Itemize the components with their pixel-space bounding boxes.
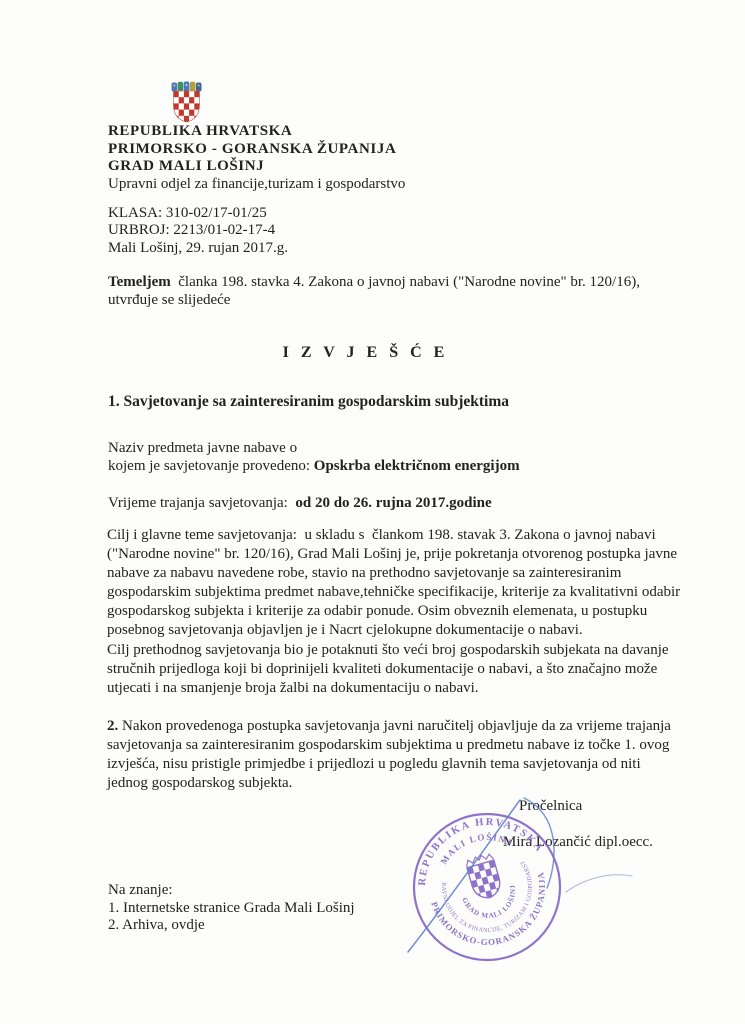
legal-basis-text: članka 198. stavka 4. Zakona o javnoj na…	[108, 274, 644, 308]
legal-basis-paragraph: Temeljem članka 198. stavka 4. Zakona o …	[108, 274, 686, 309]
distribution-item: 1. Internetske stranice Grada Mali Lošin…	[108, 900, 355, 918]
document-title: I Z V J E Š Ć E	[0, 344, 745, 362]
consultation-duration: Vrijeme trajanja savjetovanja: od 20 do …	[108, 495, 492, 512]
body-paragraph-1: Cilj i glavne teme savjetovanja: u sklad…	[107, 526, 682, 641]
signature-stroke-hook	[524, 798, 554, 888]
signature-stroke-flourish	[566, 875, 632, 892]
distribution-list: Na znanje: 1. Internetske stranice Grada…	[108, 882, 355, 935]
place-and-date: Mali Lošinj, 29. rujan 2017.g.	[108, 240, 288, 257]
section1-heading: 1. Savjetovanje sa zainteresiranim gospo…	[108, 393, 509, 411]
distribution-heading: Na znanje:	[108, 882, 355, 900]
department-name: Upravni odjel za financije,turizam i gos…	[108, 176, 405, 194]
handwritten-signature	[395, 780, 695, 970]
legal-basis-lead: Temeljem	[108, 274, 171, 290]
subject-label-line2: kojem je savjetovanje provedeno:	[108, 458, 314, 474]
subject-label-line1: Naziv predmeta javne nabave o	[108, 440, 520, 458]
document-meta: KLASA: 310-02/17-01/25 URBROJ: 2213/01-0…	[108, 205, 288, 257]
body-paragraph-2: Cilj prethodnog savjetovanja bio je pota…	[107, 641, 682, 698]
croatian-coat-of-arms-icon	[171, 81, 202, 123]
county-name: PRIMORSKO - GORANSKA ŽUPANIJA	[108, 141, 405, 159]
document-body: Cilj i glavne teme savjetovanja: u sklad…	[107, 526, 682, 793]
distribution-item: 2. Arhiva, ovdje	[108, 917, 355, 935]
country-name: REPUBLIKA HRVATSKA	[108, 123, 405, 141]
section2-number: 2.	[107, 718, 118, 734]
city-name: GRAD MALI LOŠINJ	[108, 158, 405, 176]
procurement-subject: Naziv predmeta javne nabave o kojem je s…	[108, 440, 520, 475]
subject-value: Opskrba električnom energijom	[314, 458, 520, 474]
klasa-number: KLASA: 310-02/17-01/25	[108, 205, 288, 222]
duration-label: Vrijeme trajanja savjetovanja:	[108, 495, 295, 511]
urbroj-number: URBROJ: 2213/01-02-17-4	[108, 222, 288, 239]
duration-value: od 20 do 26. rujna 2017.godine	[295, 495, 491, 511]
letterhead: REPUBLIKA HRVATSKA PRIMORSKO - GORANSKA …	[108, 123, 405, 193]
signature-stroke-main	[408, 800, 520, 952]
scanned-document-page: REPUBLIKA HRVATSKA PRIMORSKO - GORANSKA …	[0, 0, 745, 1024]
